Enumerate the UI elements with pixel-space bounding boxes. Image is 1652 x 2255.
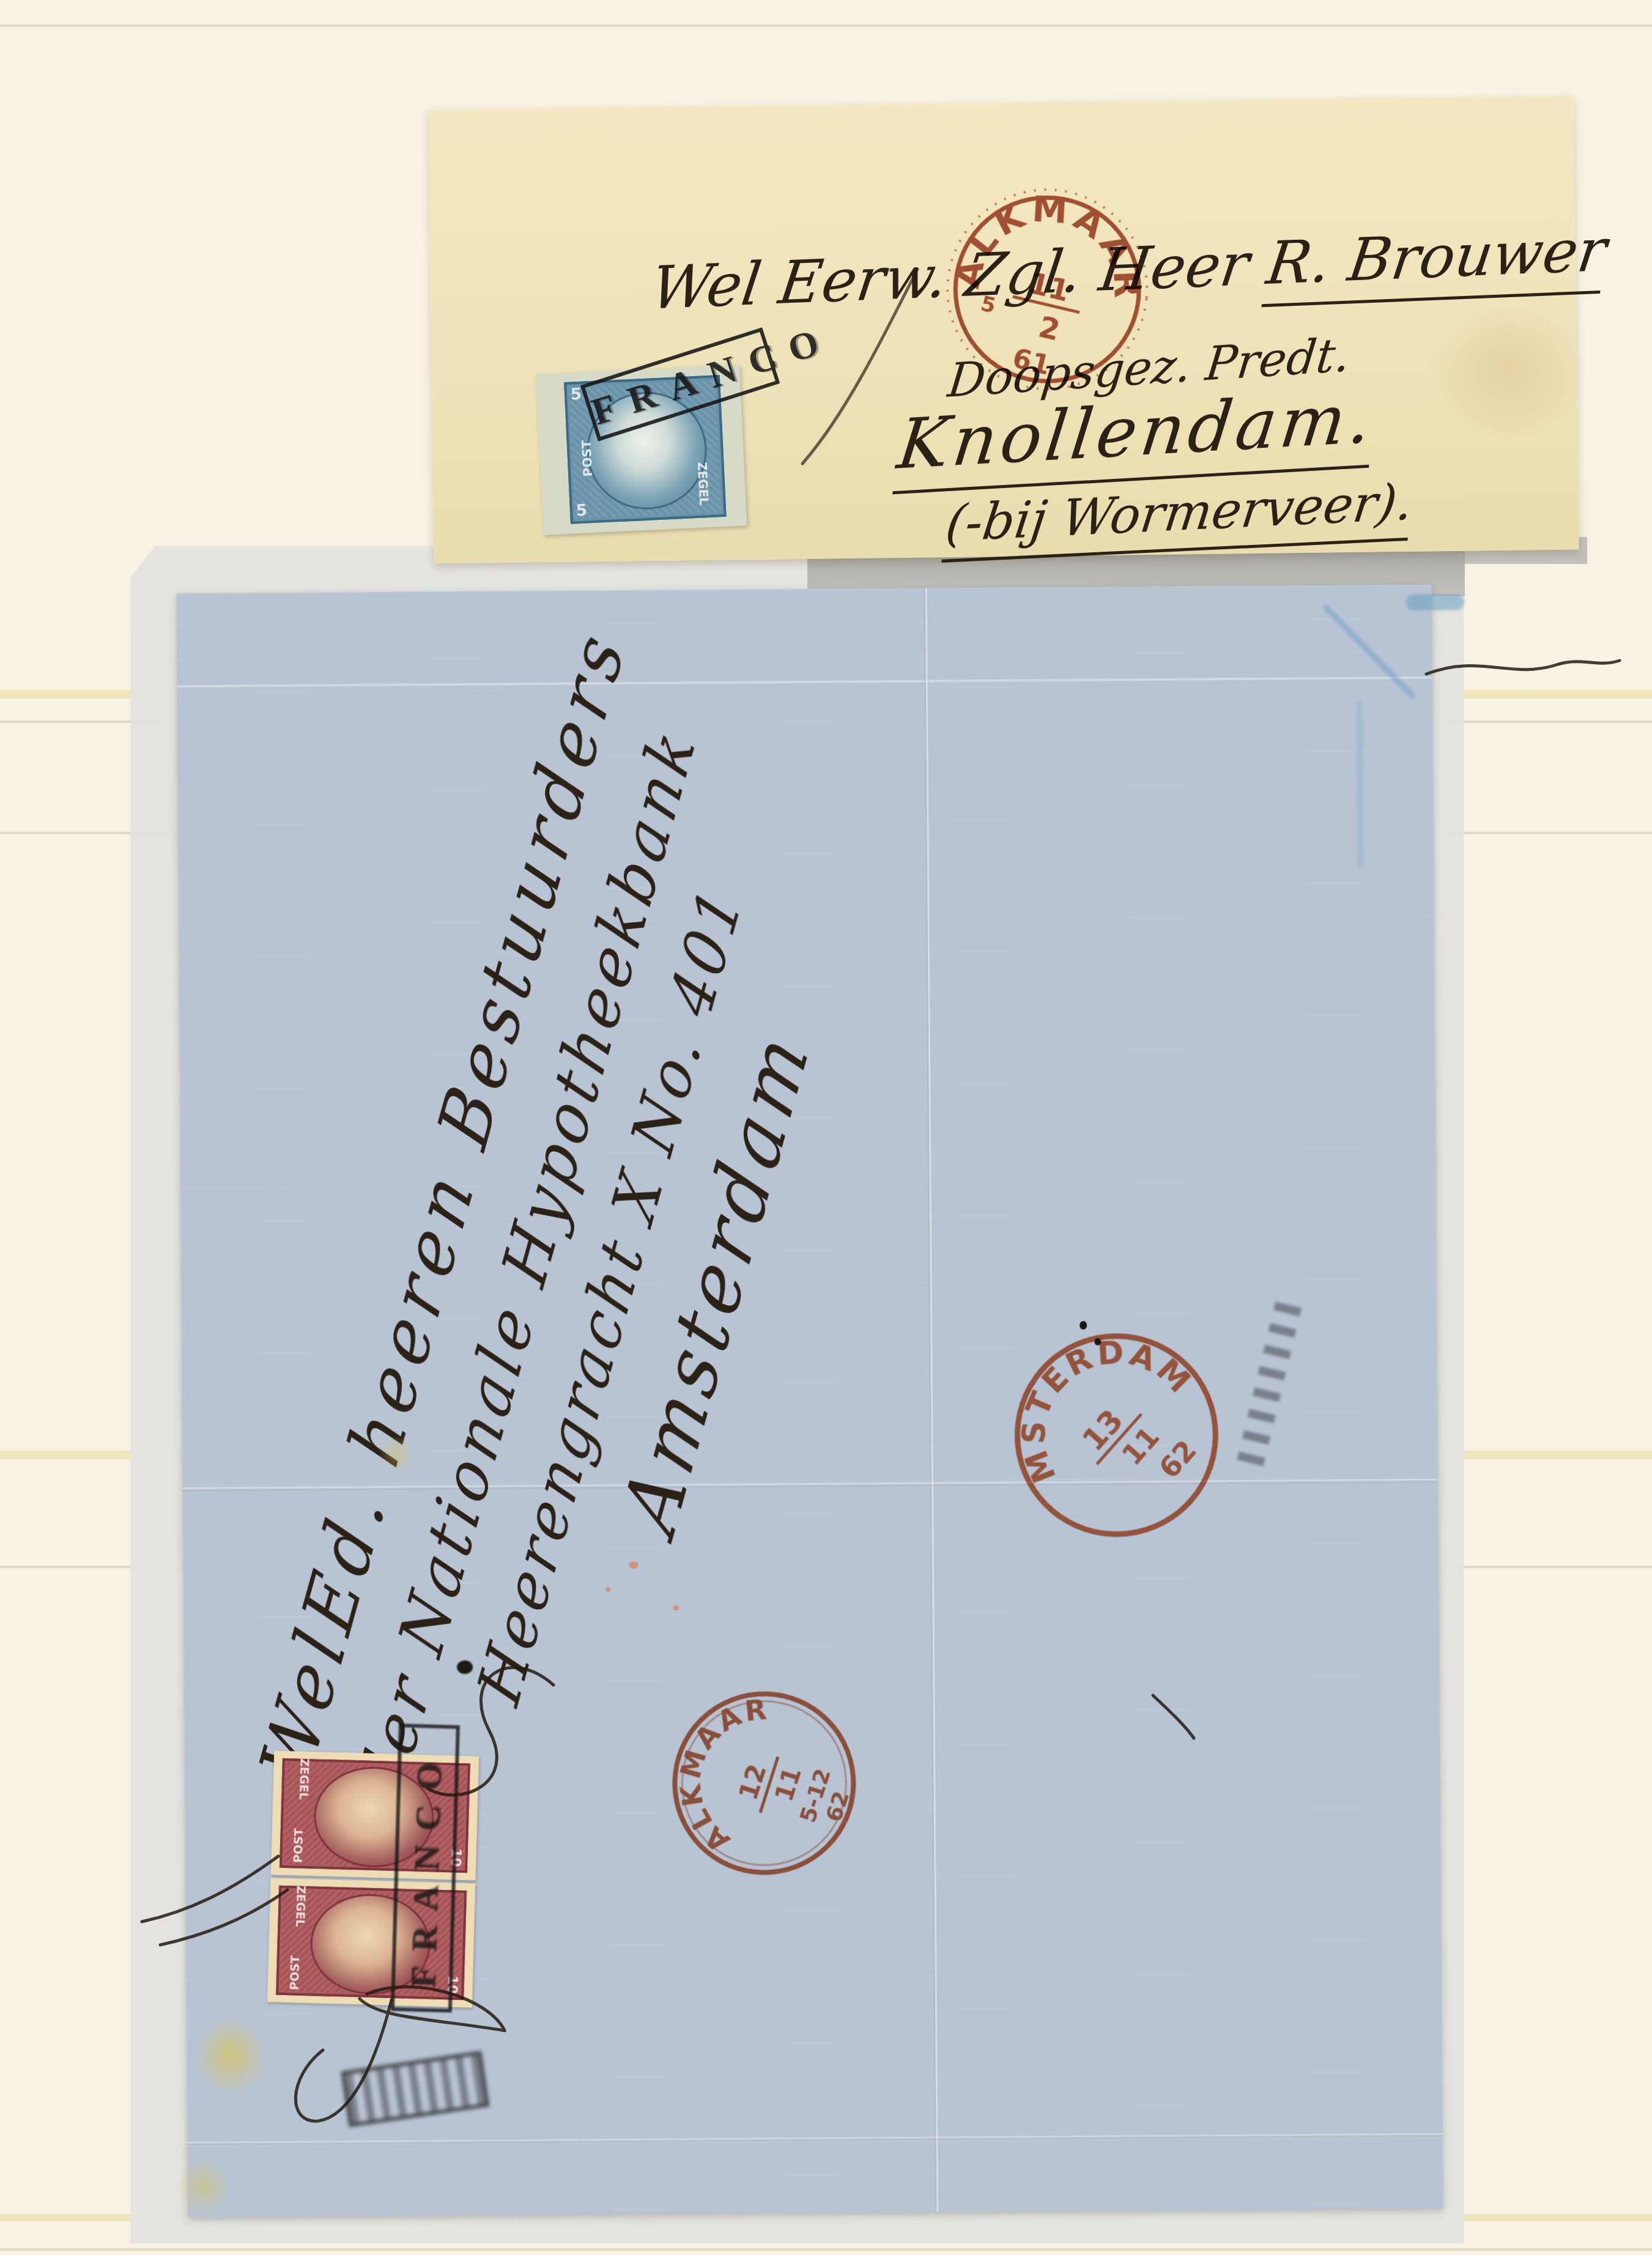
yellow-stain: [176, 2159, 231, 2215]
stamp-value: 5: [576, 502, 587, 520]
postmark-hour: 5: [979, 291, 998, 318]
pink-speck: [629, 1561, 639, 1569]
alkmaar-postmark: ALKMAAR 11 2 5 61: [927, 169, 1167, 409]
postmark-month: 2: [1035, 310, 1063, 348]
stamp-zegel-label: ZEGEL: [297, 1758, 311, 1800]
album-strip-edge: [0, 24, 1652, 27]
yellow-stain: [194, 2016, 268, 2096]
franco-cancel-box: FRANCO: [391, 1724, 460, 2013]
top-cover: Wel Eerw. Zgl. Heer R. Brouwer Doopsgez.…: [429, 96, 1579, 564]
pink-speck: [673, 1605, 679, 1610]
yellow-stain: [378, 1436, 415, 1473]
blue-crayon-mark: [1357, 702, 1363, 867]
paper-stain: [1428, 297, 1588, 440]
album-strip-edge: [0, 2248, 1652, 2251]
address-name: R. Brouwer: [1261, 215, 1610, 307]
ink-blob: [457, 1661, 473, 1674]
ink-speck: [1094, 1338, 1101, 1346]
stamp-zegel-label: ZEGEL: [293, 1886, 308, 1927]
ink-speck: [1080, 1321, 1087, 1330]
teal-smudge: [1406, 594, 1464, 610]
stamp-post-label: POST: [579, 440, 595, 477]
stamp-post-label: POST: [292, 1828, 306, 1863]
album-page: Wel Eerw. Zgl. Heer R. Brouwer Doopsgez.…: [0, 0, 1652, 2255]
stamp-value: 5: [570, 385, 582, 404]
bottom-cover: WelEd. heeren Bestuurders der Nationale …: [177, 585, 1443, 2217]
stamp-zegel-label: ZEGEL: [695, 462, 711, 506]
pink-speck: [606, 1587, 610, 1592]
stamp-post-label: POST: [288, 1955, 303, 1990]
